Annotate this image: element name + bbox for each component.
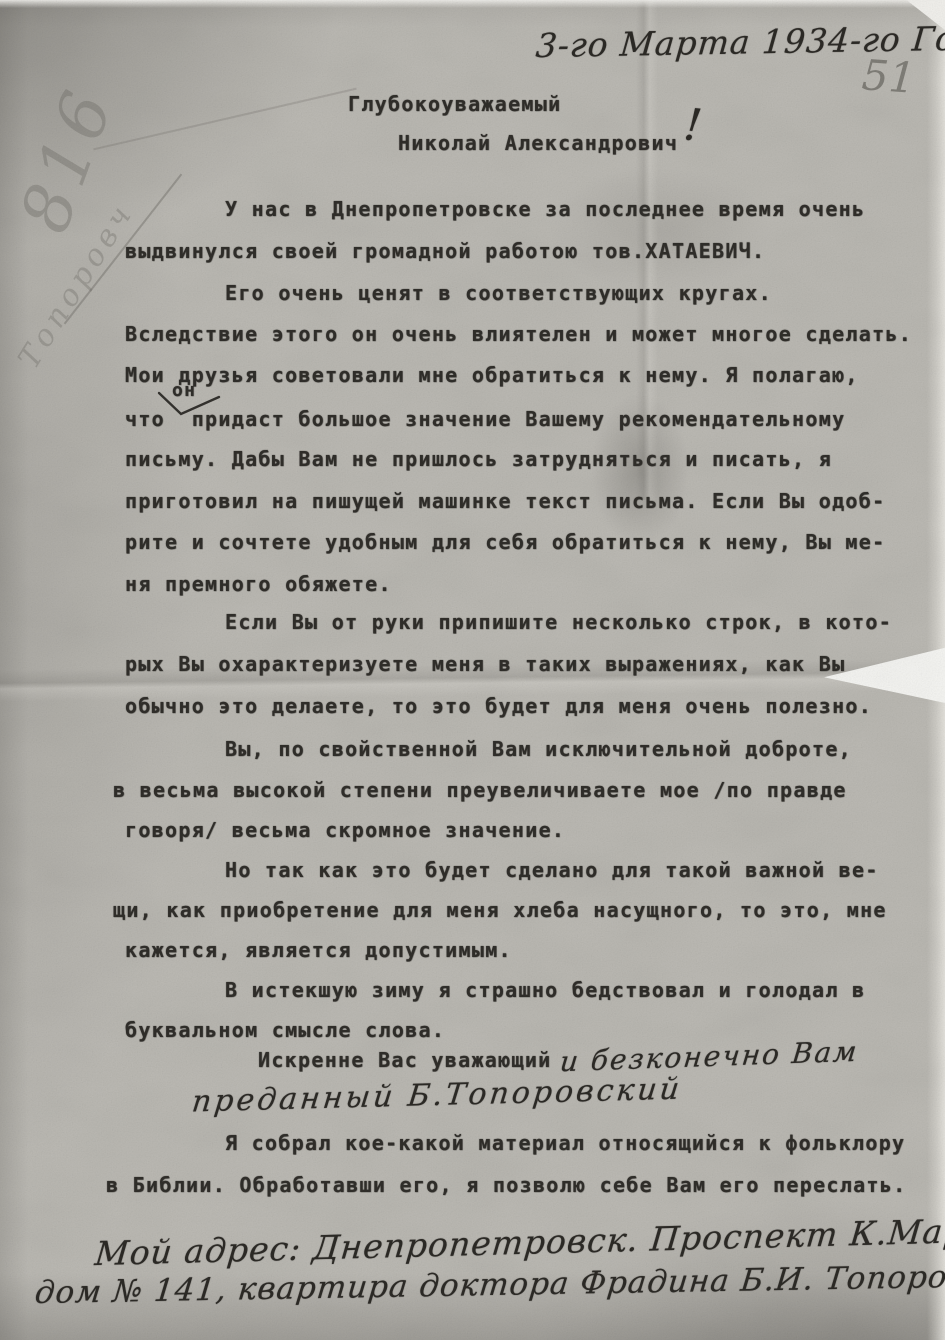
page-number-annotation: 51 (860, 50, 917, 103)
body-line: кажется, является допустимым. (125, 938, 512, 962)
signature-handwritten-2: преданный Б.Топоровский (190, 1072, 684, 1120)
body-line: выдвинулся своей громадной работою тов.Х… (125, 239, 765, 263)
body-line: буквальном смысле слова. (125, 1018, 445, 1042)
body-line: что придаст большое значение Вашему реко… (125, 407, 845, 431)
body-line: В истекшую зиму я страшно бедствовал и г… (225, 978, 865, 1002)
signature-handwritten-1: и безконечно Вам (558, 1035, 860, 1079)
body-line: обычно это делаете, то это будет для мен… (125, 694, 872, 718)
body-line: говоря/ весьма скромное значение. (125, 818, 565, 842)
signature-typed: Искренне Вас уважающий (258, 1048, 552, 1072)
body-line: ня премного обяжете. (125, 572, 392, 596)
salutation-line-1: Глубокоуважаемый (348, 92, 561, 116)
handwritten-exclamation: ! (681, 99, 704, 152)
body-line: Вы, по свойственной Вам исключительной д… (225, 737, 852, 761)
salutation-line-2: Николай Александрович (398, 131, 678, 155)
body-line: в весьма высокой степени преувеличиваете… (113, 778, 847, 802)
right-paper-edge (927, 0, 945, 1340)
body-line: рите и сочтете удобным для себя обратить… (125, 530, 885, 554)
top-paper-edge (0, 0, 945, 8)
body-line: Но так как это будет сделано для такой в… (225, 858, 879, 882)
postscript-line: в Библии. Обработавши его, я позволю себ… (106, 1173, 906, 1197)
body-line: Мои друзья советовали мне обратиться к н… (125, 363, 859, 387)
body-line: щи, как приобретение для меня хлеба насу… (113, 898, 887, 922)
body-line: У нас в Днепропетровске за последнее вре… (225, 197, 865, 221)
body-line: рых Вы охарактеризуете меня в таких выра… (125, 652, 845, 676)
scanned-letter-page: 816 Топоровч 3-го Марта 1934-го Года. 51… (0, 0, 945, 1340)
body-line: приготовил на пишущей машинке текст пись… (125, 489, 885, 513)
postscript-line: Я собрал кое-какой материал относящийся … (225, 1131, 905, 1155)
body-line: Его очень ценят в соответствующих кругах… (225, 281, 772, 305)
body-line: Если Вы от руки припишите несколько стро… (225, 610, 892, 634)
margin-flourish-stroke (93, 88, 357, 151)
body-line: письму. Дабы Вам не пришлось затруднятьс… (125, 447, 832, 471)
body-line: Вследствие этого он очень влиятелен и мо… (125, 322, 912, 346)
